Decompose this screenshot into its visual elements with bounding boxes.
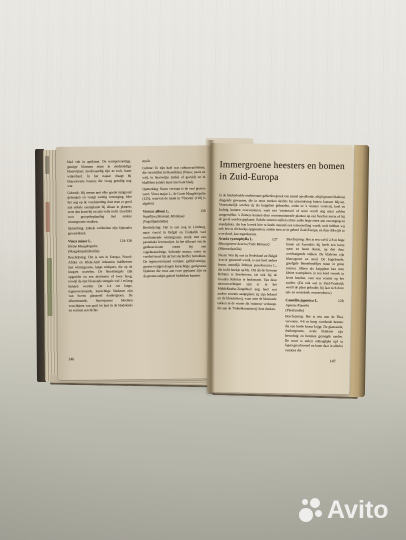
left-page-column-1: blad valt in april/mei. De trompetvormig… — [67, 159, 134, 467]
entry-family: (Maagdenpalmfamilie) — [68, 249, 132, 254]
body-text: Gebruik: Hij neemt met elke goede tuingr… — [67, 190, 131, 224]
entry-family: (Vogellijmfamilie) — [143, 219, 206, 224]
left-page-column-2: struik. Cultuur: Er zijn heel wat cultuu… — [142, 158, 208, 398]
body-text: blad valt in april/mei. De trompetvormig… — [67, 159, 131, 189]
entry-body: Naam: Wat bij ons in Nederland en België… — [217, 253, 277, 312]
entry-ref: 130 — [200, 208, 206, 213]
right-page-column-2: Beschrijving: Het is een wel 6 à 8 m hog… — [283, 237, 345, 469]
plant-entry-camellia: Camellia japonica L. 128 Japanse Kamelia… — [285, 298, 344, 354]
entry-ref: 124-126 — [120, 238, 132, 243]
photo-scene: blad valt in april/mei. De trompetvormig… — [0, 0, 406, 540]
page-number-right: 147 — [330, 359, 336, 364]
plant-entry-viscum-album: Viscum album L. 130 Vogellijm (Maretak, … — [143, 208, 207, 278]
entry-body: Beschrijving: Het is een nog in Limburg,… — [143, 225, 207, 279]
body-text: Cultuur: Er zijn heel wat cultuurvariëte… — [142, 165, 205, 185]
entry-family: (Mimosafamilie) — [218, 247, 277, 253]
body-text: Beschrijving: Het is een wel 6 à 8 m hog… — [286, 237, 345, 296]
entry-family: (Theefamilie) — [285, 308, 343, 314]
right-page-column-1: Acacia cyanophylla L. 127 Blauwgroene Ac… — [216, 236, 277, 386]
avito-brand-text: Avito — [327, 497, 389, 524]
book-gutter-shadow — [206, 140, 215, 394]
body-text: struik. — [142, 158, 205, 163]
chapter-heading: Immergroene heesters en bomen in Zuid-Eu… — [219, 160, 345, 185]
entry-body: Beschrijving: Het is een met de Thee ver… — [285, 314, 344, 353]
plant-entry-vinca-minor: Vinca minor L. 124-126 Kleine Maagdenpal… — [68, 238, 133, 313]
book-page-left: blad valt in april/mei. De trompetvormig… — [56, 145, 214, 380]
fore-edge-mark — [45, 156, 49, 174]
page-number-left: 146 — [68, 357, 74, 362]
body-text: Opmerking: Nauw verwant is de veel grote… — [142, 187, 205, 207]
entry-title: Viscum album L. — [143, 209, 170, 214]
fore-edge-plate-red — [45, 202, 49, 232]
avito-logo-icon — [299, 497, 324, 524]
body-text: Opmerking: Enkele variëteiten zijn bijzo… — [68, 226, 132, 236]
entry-title: Vinca minor L. — [68, 238, 92, 243]
entry-ref: 128 — [338, 298, 344, 303]
chapter-heading-line2: in Zuid-Europa — [219, 172, 344, 186]
plant-entry-acacia: Acacia cyanophylla L. 127 Blauwgroene Ac… — [217, 236, 277, 312]
fore-edge-plate-green — [47, 258, 53, 316]
avito-watermark: Avito — [299, 497, 389, 524]
entry-ref: 127 — [272, 237, 278, 242]
book-page-right: Immergroene heesters en bomen in Zuid-Eu… — [207, 143, 353, 394]
entry-body: Beschrijving: Het is een in Europa, Noor… — [68, 255, 133, 314]
